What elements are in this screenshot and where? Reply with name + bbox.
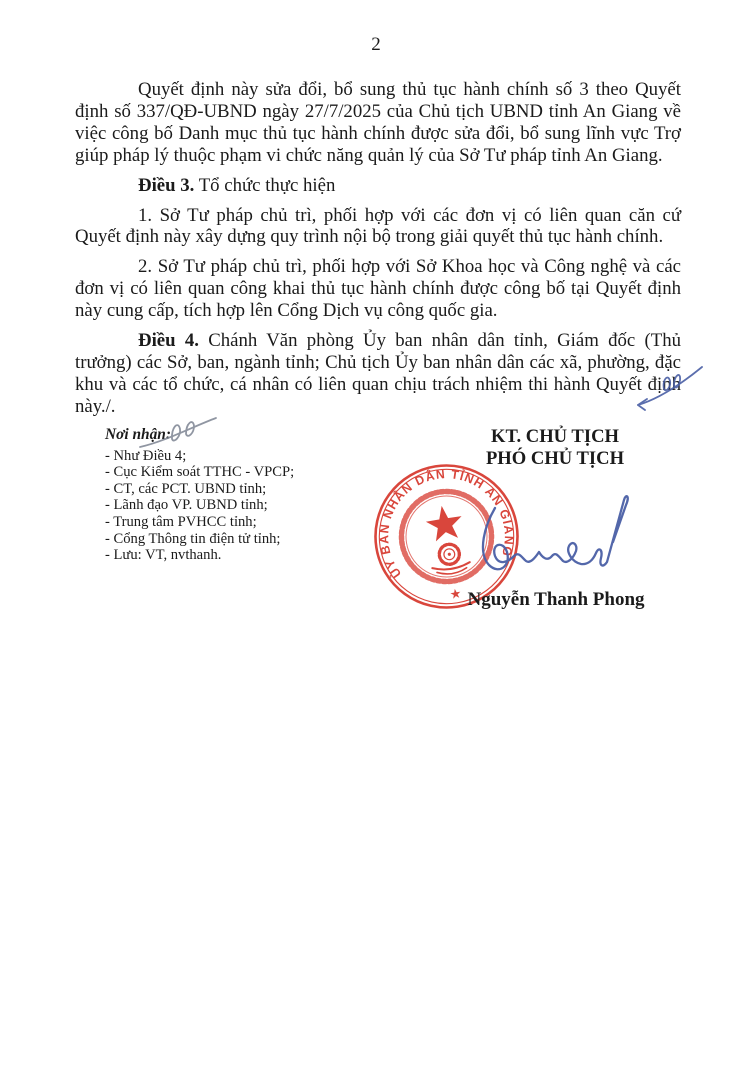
article3-label: Điều 3. (138, 175, 194, 196)
recipient-item: - Lãnh đạo VP. UBND tỉnh; (105, 497, 405, 514)
paraph-mark-recipients (136, 413, 220, 453)
recipient-item: - CT, các PCT. UBND tỉnh; (105, 481, 405, 498)
signature-title-line1: KT. CHỦ TỊCH (420, 426, 690, 448)
paragraph-intro: Quyết định này sửa đổi, bổ sung thủ tục … (75, 79, 681, 167)
document-body: Quyết định này sửa đổi, bổ sung thủ tục … (75, 79, 681, 426)
article4-label: Điều 4. (138, 330, 199, 351)
signature-scribble-icon (445, 470, 660, 592)
paraph-scribble-icon (136, 413, 220, 453)
article3-title: Tổ chức thực hiện (199, 175, 336, 196)
recipient-item: - Cổng Thông tin điện tử tỉnh; (105, 531, 405, 548)
clause-2: 2. Sở Tư pháp chủ trì, phối hợp với Sở K… (75, 256, 681, 322)
clause-1: 1. Sở Tư pháp chủ trì, phối hợp với các … (75, 205, 681, 249)
paraph-scribble-icon (634, 357, 706, 411)
paraph-mark-article4 (634, 357, 706, 411)
recipient-item: - Trung tâm PVHCC tỉnh; (105, 514, 405, 531)
article3-heading: Điều 3. Tổ chức thực hiện (75, 175, 681, 197)
recipient-item: - Cục Kiểm soát TTHC - VPCP; (105, 464, 405, 481)
document-page: 2 Quyết định này sửa đổi, bổ sung thủ tụ… (0, 0, 752, 1067)
handwritten-signature (445, 470, 660, 592)
recipient-item: - Lưu: VT, nvthanh. (105, 547, 405, 564)
article4-paragraph: Điều 4. Chánh Văn phòng Ủy ban nhân dân … (75, 330, 681, 418)
page-number: 2 (0, 34, 752, 56)
signer-name: Nguyễn Thanh Phong (420, 589, 692, 611)
